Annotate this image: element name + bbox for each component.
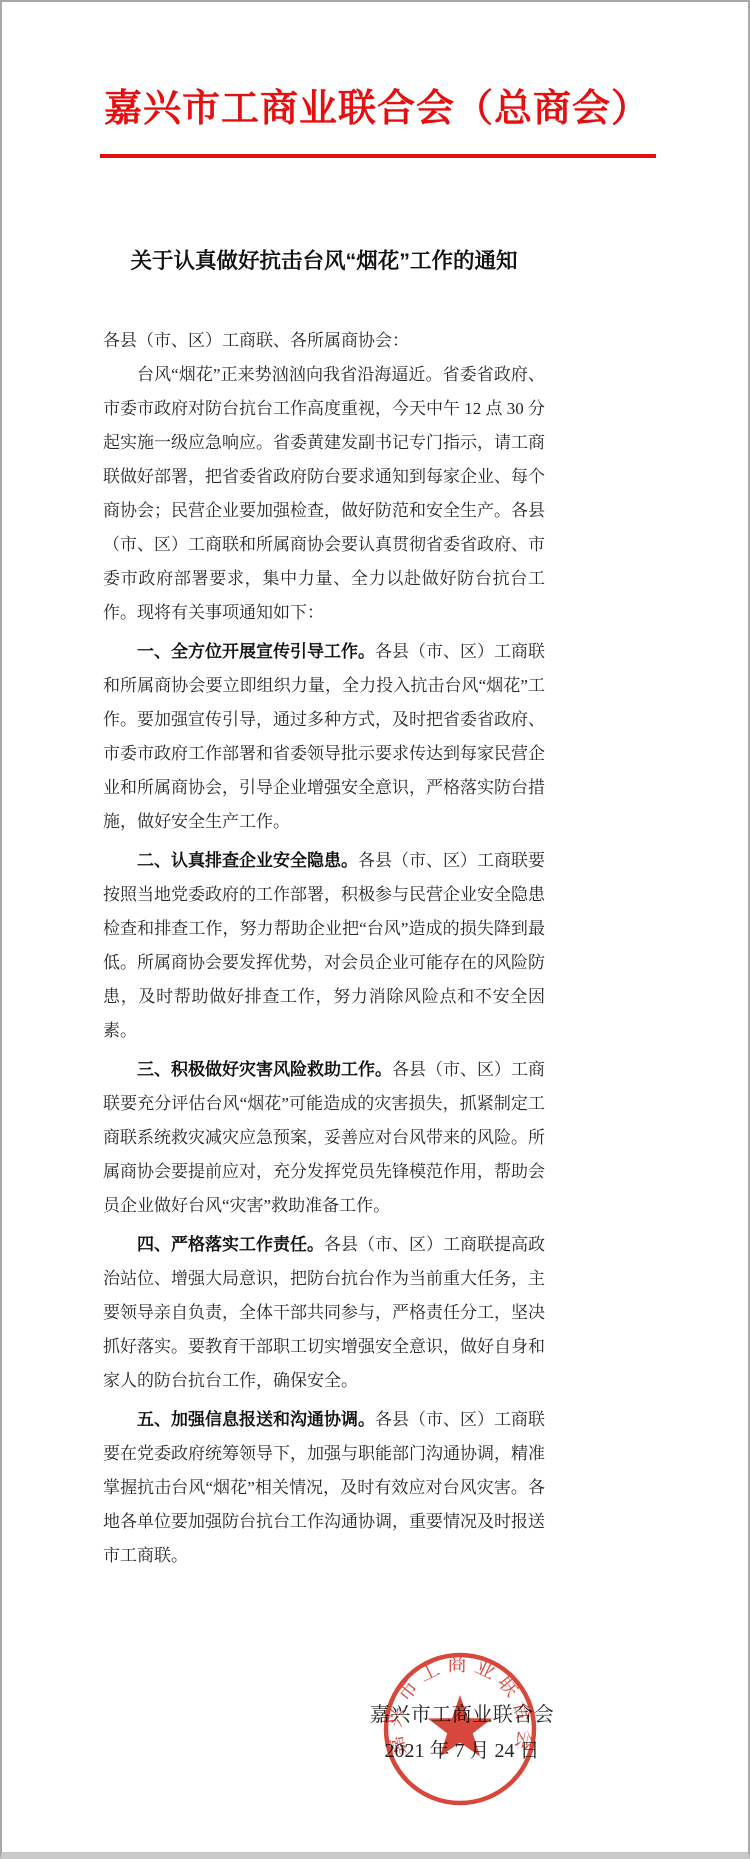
paragraph-2-heading: 二、认真排查企业安全隐患。 (137, 851, 358, 870)
paragraph-2-text: 各县（市、区）工商联要按照当地党委政府的工作部署，积极参与民营企业安全隐患检查和… (103, 851, 545, 1040)
paragraph-4-text: 各县（市、区）工商联提高政治站位、增强大局意识，把防台抗台作为当前重大任务，主要… (103, 1235, 545, 1390)
letterhead-divider-line (100, 154, 656, 158)
paragraph-4-heading: 四、严格落实工作责任。 (137, 1235, 324, 1254)
paragraph-5: 五、加强信息报送和沟通协调。各县（市、区）工商联要在党委政府统筹领导下，加强与职… (103, 1403, 545, 1573)
paragraph-text: 台风“烟花”正来势汹汹向我省沿海逼近。省委省政府、市委市政府对防台抗台工作高度重… (103, 365, 545, 622)
document-body: 各县（市、区）工商联、各所属商协会： 台风“烟花”正来势汹汹向我省沿海逼近。省委… (103, 324, 545, 1573)
paragraph-intro: 台风“烟花”正来势汹汹向我省沿海逼近。省委省政府、市委市政府对防台抗台工作高度重… (103, 358, 545, 630)
paragraph-3-heading: 三、积极做好灾害风险救助工作。 (137, 1060, 392, 1079)
document-title: 关于认真做好抗击台风“烟花”工作的通知 (103, 244, 545, 275)
paragraph-4: 四、严格落实工作责任。各县（市、区）工商联提高政治站位、增强大局意识，把防台抗台… (103, 1228, 545, 1398)
paragraph-1-text: 各县（市、区）工商联和所属商协会要立即组织力量，全力投入抗击台风“烟花”工作。要… (103, 642, 545, 831)
seal-star-icon (428, 1695, 493, 1757)
paragraph-5-heading: 五、加强信息报送和沟通协调。 (137, 1410, 375, 1429)
paragraph-5-text: 各县（市、区）工商联要在党委政府统筹领导下，加强与职能部门沟通协调，精准掌握抗击… (103, 1410, 545, 1565)
salutation-line: 各县（市、区）工商联、各所属商协会： (103, 324, 545, 358)
paragraph-1-heading: 一、全方位开展宣传引导工作。 (137, 642, 375, 661)
document-page: 嘉兴市工商业联合会（总商会） 关于认真做好抗击台风“烟花”工作的通知 各县（市、… (0, 0, 750, 1859)
official-seal-stamp: 嘉兴市工商业联合会 (380, 1649, 540, 1809)
paragraph-3: 三、积极做好灾害风险救助工作。各县（市、区）工商联要充分评估台风“烟花”可能造成… (103, 1053, 545, 1223)
paragraph-3-text: 各县（市、区）工商联要充分评估台风“烟花”可能造成的灾害损失，抓紧制定工商联系统… (103, 1060, 545, 1215)
paragraph-1: 一、全方位开展宣传引导工作。各县（市、区）工商联和所属商协会要立即组织力量，全力… (103, 635, 545, 839)
paragraph-2: 二、认真排查企业安全隐患。各县（市、区）工商联要按照当地党委政府的工作部署，积极… (103, 844, 545, 1048)
letterhead-org-name: 嘉兴市工商业联合会（总商会） (2, 85, 750, 133)
